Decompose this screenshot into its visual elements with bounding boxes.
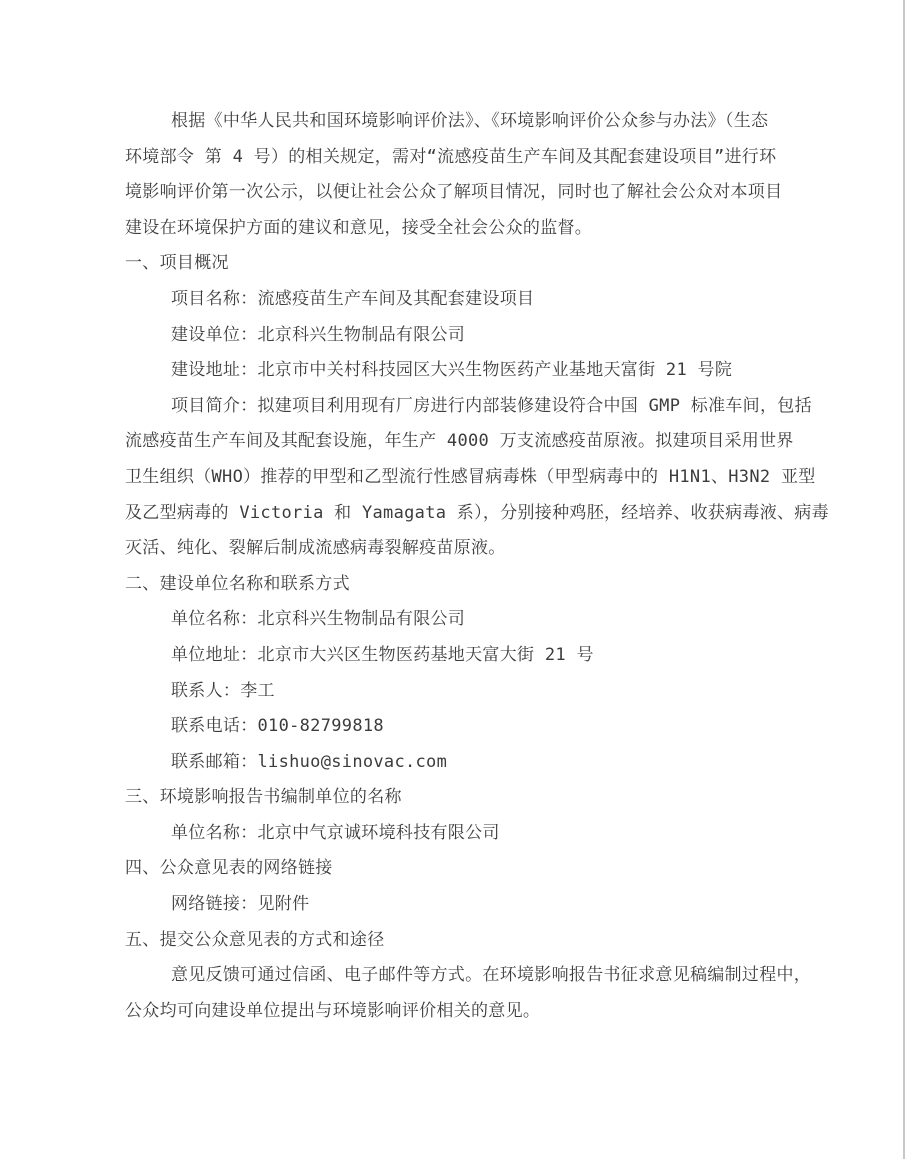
intro-line: 环境部令 第 4 号）的相关规定，需对“流感疫苗生产车间及其配套建设项目”进行环 [125, 140, 815, 176]
section-2-heading: 二、建设单位名称和联系方式 [125, 567, 815, 603]
project-summary-line: 卫生组织（WHO）推荐的甲型和乙型流行性感冒病毒株（甲型病毒中的 H1N1、H3… [125, 460, 815, 496]
intro-line: 建设在环境保护方面的建议和意见，接受全社会公众的监督。 [125, 211, 815, 247]
project-summary-line: 及乙型病毒的 Victoria 和 Yamagata 系），分别接种鸡胚，经培养… [125, 496, 815, 532]
field-contact-phone: 联系电话：010-82799818 [125, 709, 815, 745]
project-summary-line: 灭活、纯化、裂解后制成流感病毒裂解疫苗原液。 [125, 531, 815, 567]
field-unit-name: 单位名称：北京科兴生物制品有限公司 [125, 602, 815, 638]
field-project-name: 项目名称：流感疫苗生产车间及其配套建设项目 [125, 282, 815, 318]
field-eia-unit-name: 单位名称：北京中气京诚环境科技有限公司 [125, 816, 815, 852]
field-construction-unit: 建设单位：北京科兴生物制品有限公司 [125, 318, 815, 354]
feedback-line: 意见反馈可通过信函、电子邮件等方式。在环境影响报告书征求意见稿编制过程中， [125, 958, 815, 994]
feedback-line: 公众均可向建设单位提出与环境影响评价相关的意见。 [125, 994, 815, 1030]
project-summary-line: 项目简介：拟建项目利用现有厂房进行内部装修建设符合中国 GMP 标准车间，包括 [125, 389, 815, 425]
document-content: 根据《中华人民共和国环境影响评价法》、《环境影响评价公众参与办法》（生态 环境部… [125, 104, 815, 1029]
project-summary-line: 流感疫苗生产车间及其配套设施，年生产 4000 万支流感疫苗原液。拟建项目采用世… [125, 424, 815, 460]
field-construction-address: 建设地址：北京市中关村科技园区大兴生物医药产业基地天富街 21 号院 [125, 353, 815, 389]
page-right-edge-line [903, 0, 905, 1159]
section-4-heading: 四、公众意见表的网络链接 [125, 851, 815, 887]
field-unit-address: 单位地址：北京市大兴区生物医药基地天富大街 21 号 [125, 638, 815, 674]
section-3-heading: 三、环境影响报告书编制单位的名称 [125, 780, 815, 816]
field-contact-email: 联系邮箱：lishuo@sinovac.com [125, 745, 815, 781]
intro-line: 境影响评价第一次公示，以便让社会公众了解项目情况，同时也了解社会公众对本项目 [125, 175, 815, 211]
intro-line: 根据《中华人民共和国环境影响评价法》、《环境影响评价公众参与办法》（生态 [125, 104, 815, 140]
document-page: 根据《中华人民共和国环境影响评价法》、《环境影响评价公众参与办法》（生态 环境部… [0, 0, 907, 1159]
field-web-link: 网络链接：见附件 [125, 887, 815, 923]
section-5-heading: 五、提交公众意见表的方式和途径 [125, 923, 815, 959]
section-1-heading: 一、项目概况 [125, 246, 815, 282]
field-contact-person: 联系人：李工 [125, 674, 815, 710]
